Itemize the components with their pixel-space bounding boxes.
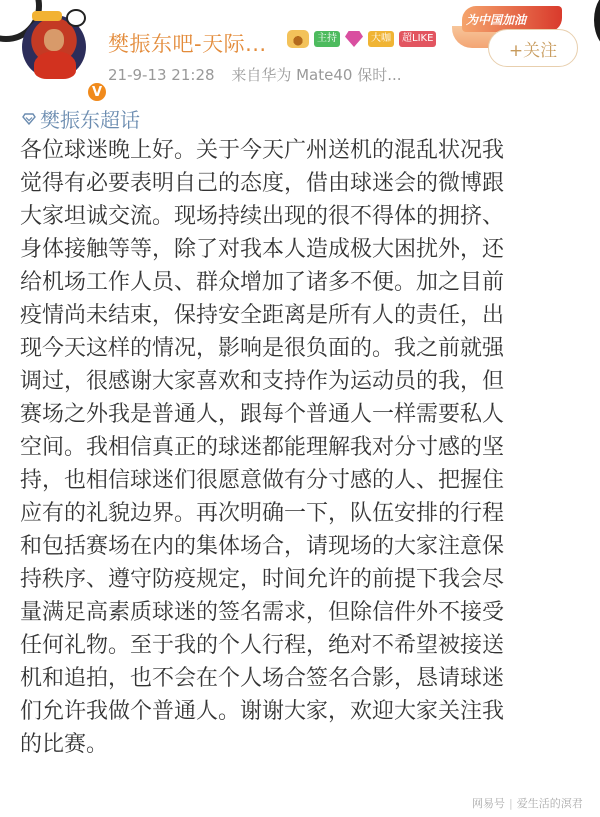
avatar[interactable]: V [22, 15, 86, 79]
post-text-line: 调过，很感谢大家喜欢和支持作为运动员的我，但 [20, 365, 590, 398]
vip-badge[interactable]: 大咖 [368, 31, 394, 47]
post-text-line: 们允许我做个普通人。谢谢大家，欢迎大家关注我 [20, 695, 590, 728]
super-like-badge[interactable]: 超LIKE [399, 31, 436, 47]
post-text-line: 各位球迷晚上好。关于今天广州送机的混乱状况我 [20, 134, 590, 167]
post-source: 来自华为 Mate40 保时... [231, 66, 401, 84]
post-text-line: 任何礼物。至于我的个人行程，绝对不希望被接送 [20, 629, 590, 662]
post-text-line: 的比赛。 [20, 728, 590, 761]
watermark: 网易号|爱生活的溟君 [472, 795, 583, 811]
post-header: V 樊振东吧-天际... 主持 大咖 超LIKE 21-9-13 21:28 来… [0, 0, 600, 100]
banner-text: 为中国加油 [466, 11, 526, 28]
avatar-frame-decoration [32, 11, 62, 21]
topic-label: 樊振东超话 [40, 104, 140, 133]
avatar-body [34, 51, 76, 79]
post-text-line: 量满足高素质球迷的签名需求，但除信件外不接受 [20, 596, 590, 629]
author-name[interactable]: 樊振东吧-天际... [108, 28, 267, 58]
avatar-face [44, 29, 64, 51]
post-text-line: 大家坦诚交流。现场持续出现的很不得体的拥挤、 [20, 200, 590, 233]
author-badges: 主持 大咖 超LIKE [287, 30, 436, 48]
post-timestamp: 21-9-13 21:28 [108, 66, 215, 84]
host-badge[interactable]: 主持 [314, 31, 340, 47]
super-topic-link[interactable]: 樊振东超话 [22, 104, 140, 133]
post-text-line: 空间。我相信真正的球迷都能理解我对分寸感的坚 [20, 431, 590, 464]
post-text-line: 持秩序、遵守防疫规定，时间允许的前提下我会尽 [20, 563, 590, 596]
watermark-platform: 网易号 [472, 797, 505, 810]
post-text-line: 机和追拍，也不会在个人场合签名合影，恳请球迷 [20, 662, 590, 695]
post-body: 各位球迷晚上好。关于今天广州送机的混乱状况我 觉得有必要表明自己的态度，借由球迷… [20, 134, 590, 761]
crown-badge-icon[interactable] [287, 30, 309, 48]
post-text-line: 现今天这样的情况，影响是很负面的。我之前就强 [20, 332, 590, 365]
post-text-line: 疫情尚未结束，保持安全距离是所有人的责任，出 [20, 299, 590, 332]
post-text-line: 应有的礼貌边界。再次明确一下，队伍安排的行程 [20, 497, 590, 530]
diamond-badge-icon[interactable] [345, 31, 363, 47]
post-text-line: 给机场工作人员、群众增加了诸多不便。加之目前 [20, 266, 590, 299]
post-text-line: 身体接触等等，除了对我本人造成极大困扰外，还 [20, 233, 590, 266]
follow-button[interactable]: +关注 [488, 29, 578, 67]
post-text-line: 觉得有必要表明自己的态度，借由球迷会的微博跟 [20, 167, 590, 200]
panda-icon [66, 9, 86, 27]
watermark-separator: | [509, 797, 513, 810]
diamond-topic-icon [22, 113, 36, 125]
post-text-line: 和包括赛场在内的集体场合，请现场的大家注意保 [20, 530, 590, 563]
watermark-account: 爱生活的溟君 [517, 797, 583, 810]
post-text-line: 赛场之外我是普通人，跟每个普通人一样需要私人 [20, 398, 590, 431]
verified-badge-icon: V [86, 81, 108, 103]
post-meta: 21-9-13 21:28 来自华为 Mate40 保时... [108, 64, 402, 85]
post-text-line: 持，也相信球迷们很愿意做有分寸感的人、把握住 [20, 464, 590, 497]
